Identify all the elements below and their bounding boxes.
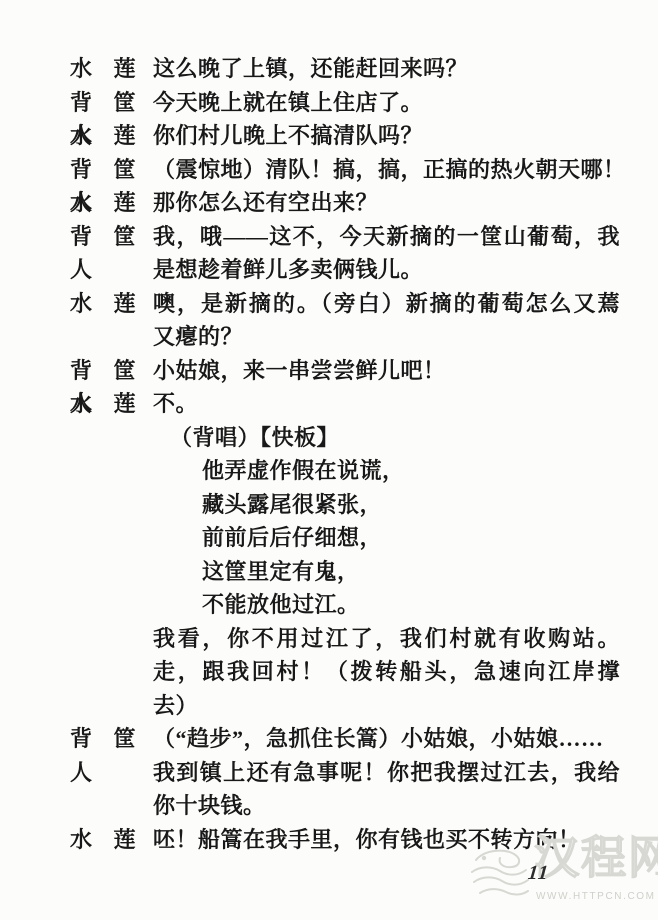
script-line: 水莲 不。 xyxy=(0,387,658,421)
script-line: 背筐人 我，哦——这不，今天新摘的一筐山葡萄，我 xyxy=(0,220,658,254)
script-line: 藏头露尾很紧张， xyxy=(0,488,658,522)
speaker-name: 水莲 xyxy=(70,387,136,421)
line-text: 我到镇上还有急事呢！你把我摆过江去，我给 xyxy=(153,756,620,790)
script-line: 你十块钱。 xyxy=(0,789,658,823)
script-line: 背筐人 （震惊地）清队！搞，搞，正搞的热火朝天哪！ xyxy=(0,153,658,187)
line-text: 前前后后仔细想， xyxy=(202,521,658,555)
speaker-name: 水莲 xyxy=(70,119,136,153)
line-text: 走，跟我回村！（拨转船头，急速向江岸撑 xyxy=(153,655,620,689)
speaker-name: 水莲 xyxy=(70,52,136,86)
script-line: 水莲 你们村儿晚上不搞清队吗？ xyxy=(0,119,658,153)
script-line: 他弄虚作假在说谎， xyxy=(0,454,658,488)
script-line: 水莲 这么晚了上镇，还能赶回来吗？ xyxy=(0,52,658,86)
speaker-name: 水莲 xyxy=(70,287,136,321)
script-line: 水莲 那你怎么还有空出来？ xyxy=(0,186,658,220)
line-text: 去） xyxy=(153,689,658,723)
line-text: 我看，你不用过江了，我们村就有收购站。 xyxy=(153,622,620,656)
page-number: 11 xyxy=(527,862,550,885)
line-text: 你十块钱。 xyxy=(153,789,658,823)
script-line: 不能放他过江。 xyxy=(0,588,658,622)
line-text: 小姑娘，来一串尝尝鲜儿吧！ xyxy=(153,354,658,388)
line-text: 今天晚上就在镇上住店了。 xyxy=(153,86,658,120)
script-line: 走，跟我回村！（拨转船头，急速向江岸撑 xyxy=(0,655,658,689)
script-line: 水莲 噢，是新摘的。（旁白）新摘的葡萄怎么又蔫 xyxy=(0,287,658,321)
line-text: 不能放他过江。 xyxy=(202,588,658,622)
speaker-name: 水莲 xyxy=(70,823,136,857)
line-text: 你们村儿晚上不搞清队吗？ xyxy=(153,119,658,153)
line-text: 我，哦——这不，今天新摘的一筐山葡萄，我 xyxy=(153,220,620,254)
line-text: 他弄虚作假在说谎， xyxy=(202,454,658,488)
script-line: 我看，你不用过江了，我们村就有收购站。 xyxy=(0,622,658,656)
book-page: 水莲 这么晚了上镇，还能赶回来吗？ 背筐人 今天晚上就在镇上住店了。 水莲 你们… xyxy=(0,0,658,920)
line-text: 是想趁着鲜儿多卖俩钱儿。 xyxy=(153,253,658,287)
line-text: （背唱）【快板】 xyxy=(170,421,658,455)
line-text: 藏头露尾很紧张， xyxy=(202,488,658,522)
script-line: 去） xyxy=(0,689,658,723)
script-line: 背筐人 今天晚上就在镇上住店了。 xyxy=(0,86,658,120)
line-text: （震惊地）清队！搞，搞，正搞的热火朝天哪！ xyxy=(153,153,658,187)
line-text: 呸！船篙在我手里，你有钱也买不转方向！ xyxy=(153,823,658,857)
line-text: 这筐里定有鬼， xyxy=(202,555,658,589)
script-line: 水莲 呸！船篙在我手里，你有钱也买不转方向！ xyxy=(0,823,658,857)
script-line: 背筐人 小姑娘，来一串尝尝鲜儿吧！ xyxy=(0,354,658,388)
script-line: 前前后后仔细想， xyxy=(0,521,658,555)
script-line: （背唱）【快板】 xyxy=(0,421,658,455)
line-text: 又瘪的？ xyxy=(153,320,658,354)
speaker-name: 水莲 xyxy=(70,186,136,220)
script-line: 又瘪的？ xyxy=(0,320,658,354)
script-line: 这筐里定有鬼， xyxy=(0,555,658,589)
script-line: 我到镇上还有急事呢！你把我摆过江去，我给 xyxy=(0,756,658,790)
line-text: 不。 xyxy=(153,387,658,421)
script-line: 是想趁着鲜儿多卖俩钱儿。 xyxy=(0,253,658,287)
line-text: 噢，是新摘的。（旁白）新摘的葡萄怎么又蔫 xyxy=(153,287,620,321)
watermark-site-url: WWW.HTTPCN.COM xyxy=(536,891,656,902)
line-text: 那你怎么还有空出来？ xyxy=(153,186,658,220)
script-line: 背筐人 （“趋步”，急抓住长篙）小姑娘，小姑娘…… xyxy=(0,722,658,756)
line-text: （“趋步”，急抓住长篙）小姑娘，小姑娘…… xyxy=(153,722,658,756)
script-body: 水莲 这么晚了上镇，还能赶回来吗？ 背筐人 今天晚上就在镇上住店了。 水莲 你们… xyxy=(0,52,658,856)
line-text: 这么晚了上镇，还能赶回来吗？ xyxy=(153,52,658,86)
